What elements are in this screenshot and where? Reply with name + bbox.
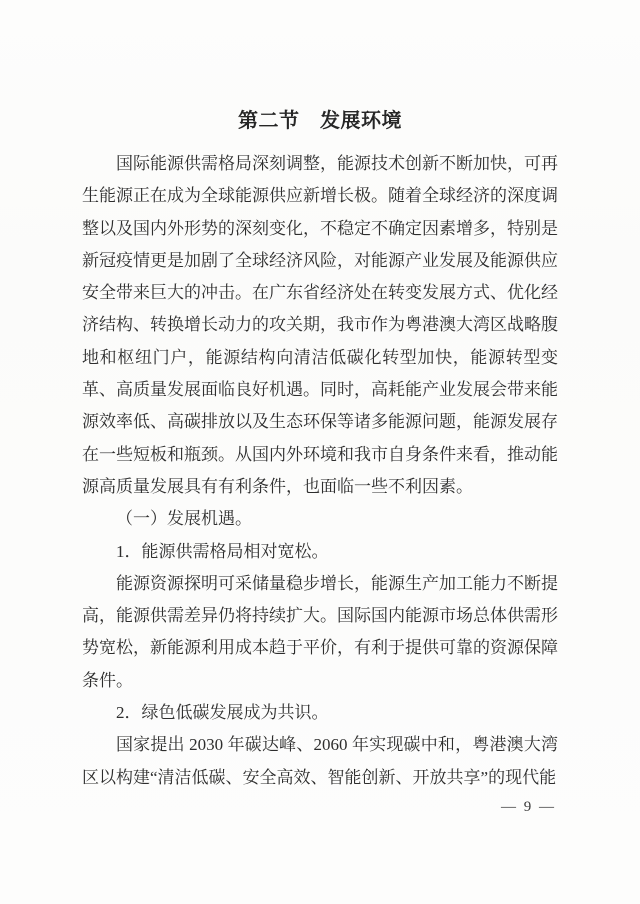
paragraph-intro: 国际能源供需格局深刻调整，能源技术创新不断加快，可再生能源正在成为全球能源供应新…	[82, 148, 558, 503]
page-number: — 9 —	[501, 799, 556, 816]
document-body: 国际能源供需格局深刻调整，能源技术创新不断加快，可再生能源正在成为全球能源供应新…	[82, 148, 558, 794]
paragraph-heading-supply-demand: 1．能源供需格局相对宽松。	[82, 536, 558, 568]
document-page: 第二节 发展环境 国际能源供需格局深刻调整，能源技术创新不断加快，可再生能源正在…	[0, 0, 640, 904]
paragraph-green-lowcarbon-body: 国家提出 2030 年碳达峰、2060 年实现碳中和，粤港澳大湾区以构建“清洁低…	[82, 729, 558, 794]
paragraph-heading-green-lowcarbon: 2．绿色低碳发展成为共识。	[82, 697, 558, 729]
section-title: 第二节 发展环境	[0, 108, 640, 134]
paragraph-heading-opportunities: （一）发展机遇。	[82, 503, 558, 535]
paragraph-supply-demand-body: 能源资源探明可采储量稳步增长，能源生产加工能力不断提高，能源供需差异仍将持续扩大…	[82, 568, 558, 697]
